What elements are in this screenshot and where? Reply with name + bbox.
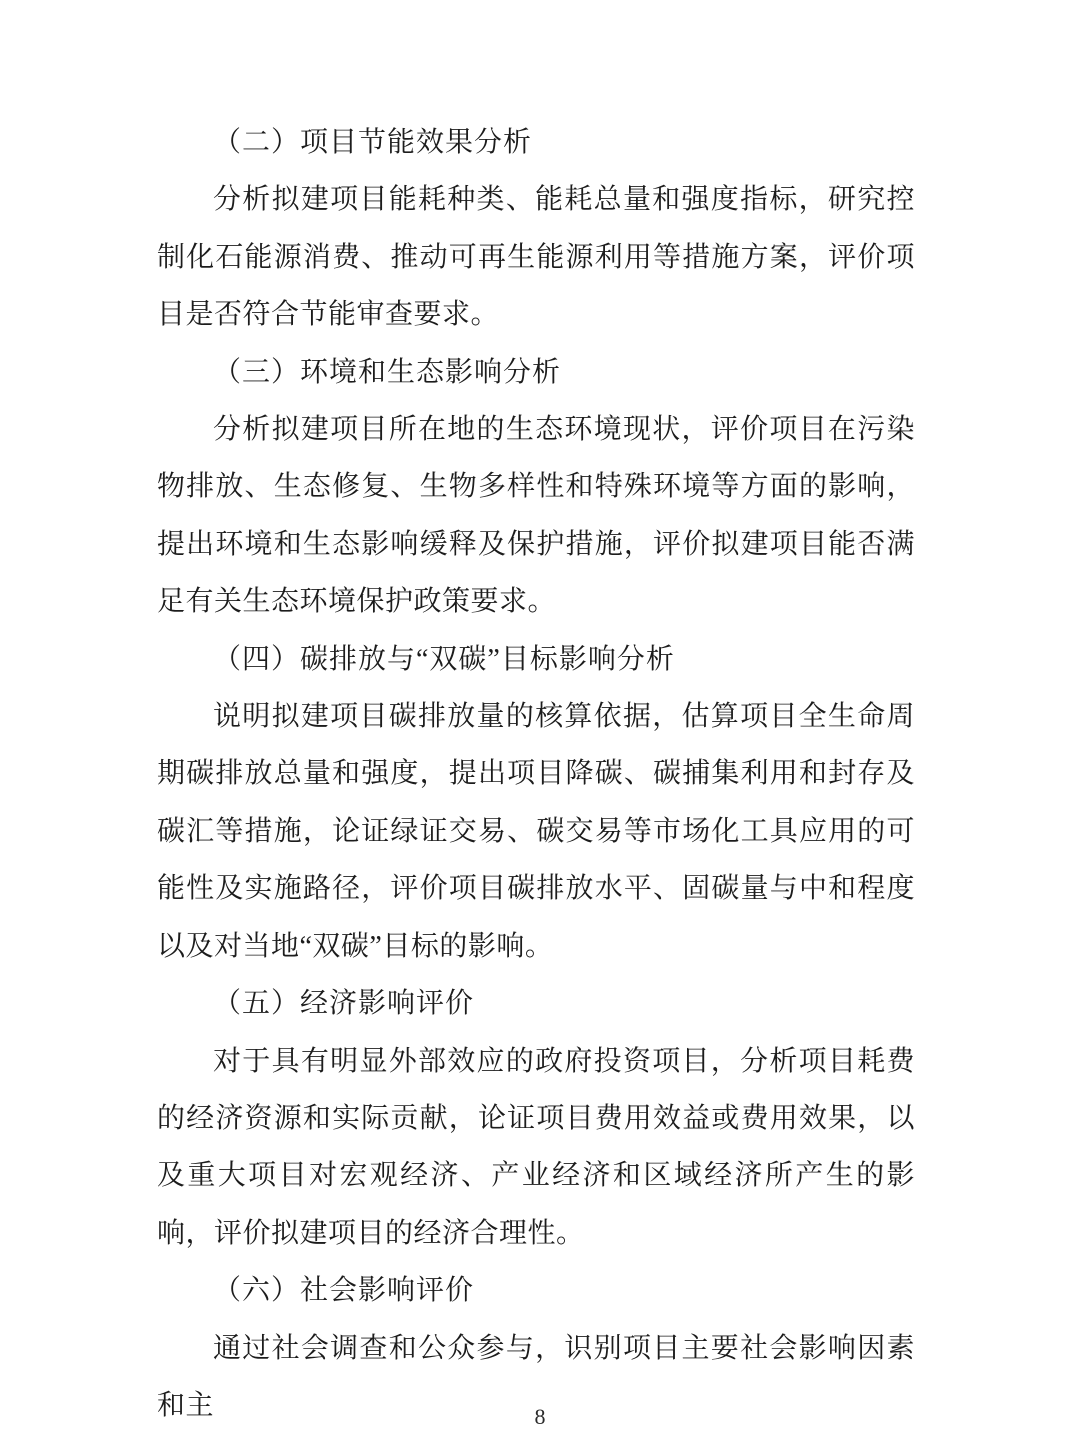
- section-heading-4: （四）碳排放与“双碳”目标影响分析: [157, 631, 915, 688]
- page-number: 8: [0, 1402, 1080, 1432]
- section-heading-3: （三）环境和生态影响分析: [157, 344, 915, 401]
- section-heading-6: （六）社会影响评价: [157, 1262, 915, 1319]
- section-paragraph-2: 分析拟建项目能耗种类、能耗总量和强度指标，研究控制化石能源消费、推动可再生能源利…: [157, 171, 915, 343]
- section-heading-5: （五）经济影响评价: [157, 975, 915, 1032]
- section-paragraph-4: 说明拟建项目碳排放量的核算依据，估算项目全生命周期碳排放总量和强度，提出项目降碳…: [157, 688, 915, 975]
- section-paragraph-3: 分析拟建项目所在地的生态环境现状，评价项目在污染物排放、生态修复、生物多样性和特…: [157, 401, 915, 631]
- section-paragraph-5: 对于具有明显外部效应的政府投资项目，分析项目耗费的经济资源和实际贡献，论证项目费…: [157, 1033, 915, 1263]
- document-content: （二）项目节能效果分析 分析拟建项目能耗种类、能耗总量和强度指标，研究控制化石能…: [157, 114, 915, 1434]
- section-heading-2: （二）项目节能效果分析: [157, 114, 915, 171]
